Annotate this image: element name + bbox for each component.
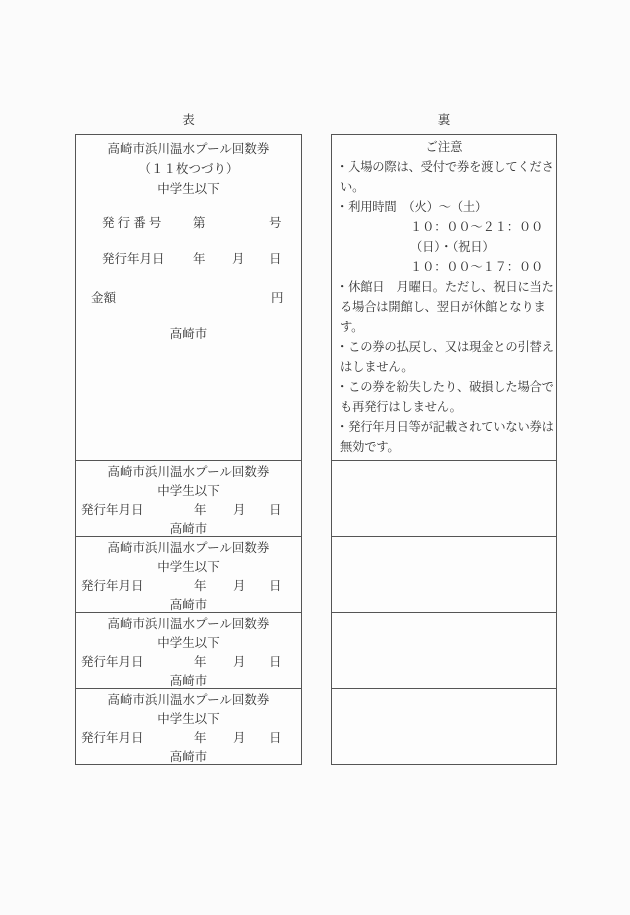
back-empty-box-4 [331,688,557,765]
back-empty-box-2 [331,536,557,613]
stub-issue-date-row: 発行年月日 年 月 日 [76,729,301,748]
ticket-stub-2: 高崎市浜川温水プール回数券 中学生以下 発行年月日 年 月 日 高崎市 [75,536,302,613]
issue-number-label: 発 行 番 号 [102,213,161,233]
stub-day-label: 日 [269,501,282,520]
notice-line: はしません。 [332,357,556,377]
stub-month-label: 月 [233,501,246,520]
ticket-eligibility: 中学生以下 [76,179,301,199]
stub-year-label: 年 [194,653,207,672]
stub-title: 高崎市浜川温水プール回数券 [76,615,301,634]
month-label: 月 [232,249,245,269]
currency-label: 円 [271,288,284,308]
notice-line: ・この券を紛失したり、破損した場合で [332,377,556,397]
stub-year-label: 年 [194,501,207,520]
ticket-title: 高崎市浜川温水プール回数券 [76,139,301,159]
notice-line: ・入場の際は、受付で券を渡してくださ [332,157,556,177]
stub-eligibility: 中学生以下 [76,710,301,729]
stub-issue-date-label: 発行年月日 [81,653,144,672]
stub-issue-date-label: 発行年月日 [81,501,144,520]
stub-issue-date-label: 発行年月日 [81,729,144,748]
notice-title: ご注意 [332,137,556,157]
back-column: ご注意 ・入場の際は、受付で券を渡してくださ い。 ・利用時間 （火）～（土） … [331,134,557,765]
amount-row: 金額 円 [76,288,301,308]
stub-day-label: 日 [269,577,282,596]
stub-title: 高崎市浜川温水プール回数券 [76,691,301,710]
main-ticket-box: 高崎市浜川温水プール回数券 （１１枚つづり） 中学生以下 発 行 番 号 第 号… [75,134,302,461]
stub-issuer: 高崎市 [76,748,301,767]
back-empty-box-1 [331,460,557,537]
stub-day-label: 日 [269,729,282,748]
notice-line: す。 [332,317,556,337]
notice-line: １０：００～２１：００ [332,217,556,237]
stub-eligibility: 中学生以下 [76,482,301,501]
issue-number-suffix: 号 [269,213,282,233]
notice-line: い。 [332,177,556,197]
notice-line: １０：００～１７：００ [332,257,556,277]
stub-title: 高崎市浜川温水プール回数券 [76,463,301,482]
notice-content: ご注意 ・入場の際は、受付で券を渡してくださ い。 ・利用時間 （火）～（土） … [332,135,556,457]
notice-line: も再発行はしません。 [332,397,556,417]
document-page: 表 裏 高崎市浜川温水プール回数券 （１１枚つづり） 中学生以下 発 行 番 号… [0,0,630,915]
notice-box: ご注意 ・入場の際は、受付で券を渡してくださ い。 ・利用時間 （火）～（土） … [331,134,557,461]
stub-issue-date-label: 発行年月日 [81,577,144,596]
issue-number-prefix: 第 [193,213,206,233]
stub-eligibility: 中学生以下 [76,558,301,577]
back-empty-box-3 [331,612,557,689]
stub-issue-date-row: 発行年月日 年 月 日 [76,653,301,672]
issue-number-row: 発 行 番 号 第 号 [76,213,301,233]
amount-label: 金額 [91,288,116,308]
notice-line: 無効です。 [332,437,556,457]
back-column-label: 裏 [331,110,557,130]
ticket-stub-3: 高崎市浜川温水プール回数券 中学生以下 発行年月日 年 月 日 高崎市 [75,612,302,689]
notice-line: ・この券の払戻し、又は現金との引替え [332,337,556,357]
notice-line: ・利用時間 （火）～（土） [332,197,556,217]
notice-line: ・休館日 月曜日。ただし、祝日に当た [332,277,556,297]
stub-issue-date-row: 発行年月日 年 月 日 [76,577,301,596]
stub-month-label: 月 [233,577,246,596]
stub-year-label: 年 [194,577,207,596]
notice-line: （日）・（祝日） [332,237,556,257]
stub-eligibility: 中学生以下 [76,634,301,653]
stub-month-label: 月 [233,729,246,748]
stub-day-label: 日 [269,653,282,672]
ticket-issuer: 高崎市 [76,324,301,344]
front-column: 高崎市浜川温水プール回数券 （１１枚つづり） 中学生以下 発 行 番 号 第 号… [75,134,302,765]
issue-date-row: 発行年月日 年 月 日 [76,249,301,269]
stub-title: 高崎市浜川温水プール回数券 [76,539,301,558]
day-label: 日 [269,249,282,269]
ticket-count-note: （１１枚つづり） [76,159,301,179]
ticket-stub-1: 高崎市浜川温水プール回数券 中学生以下 発行年月日 年 月 日 高崎市 [75,460,302,537]
stub-month-label: 月 [233,653,246,672]
year-label: 年 [193,249,206,269]
ticket-stub-4: 高崎市浜川温水プール回数券 中学生以下 発行年月日 年 月 日 高崎市 [75,688,302,765]
stub-year-label: 年 [194,729,207,748]
notice-line: ・発行年月日等が記載されていない券は [332,417,556,437]
front-column-label: 表 [75,110,302,130]
stub-issue-date-row: 発行年月日 年 月 日 [76,501,301,520]
issue-date-label: 発行年月日 [102,249,165,269]
notice-line: る場合は開館し、翌日が休館となりま [332,297,556,317]
